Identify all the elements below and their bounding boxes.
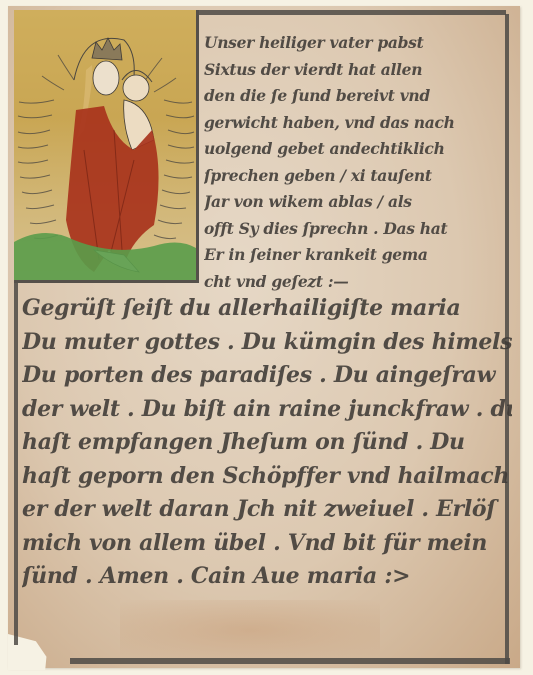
text-line: der welt . Du biſt ain raine junckfraw .… — [22, 393, 512, 427]
border-bottom — [70, 658, 510, 664]
ave-maria-prayer-text: Gegrüſt ſeiſt du allerhailigiſte maria D… — [22, 292, 512, 594]
virgin-and-child-icon — [14, 10, 196, 280]
text-line: er der welt daran Jch nit zweiuel . Erlö… — [22, 493, 512, 527]
text-line: Er in ſeiner krankeit gema — [204, 242, 504, 269]
text-line: haſt geporn den Schöpffer vnd hailmach — [22, 460, 512, 494]
text-line: ſünd . Amen . Cain Aue maria :> — [22, 560, 512, 594]
text-line: mich von allem übel . Vnd bit für mein — [22, 527, 512, 561]
text-line: gerwicht haben, vnd das nach — [204, 110, 504, 137]
text-line: offt Sy dies ſprechn . Das hat — [204, 216, 504, 243]
text-line: ſprechen geben / xi tauſent — [204, 163, 504, 190]
text-line: uolgend gebet andechtiklich — [204, 136, 504, 163]
text-line: Du muter gottes . Du kümgin des himels — [22, 326, 512, 360]
text-line: Du porten des paradiſes . Du aingeſraw — [22, 359, 512, 393]
text-line: Jar von wikem ablas / als — [204, 189, 504, 216]
text-line: Unser heiliger vater pabst — [204, 30, 504, 57]
text-line: den die ſe ſund bereivt vnd — [204, 83, 504, 110]
madonna-woodcut-illustration — [14, 10, 199, 283]
indulgence-rubric-text: Unser heiliger vater pabst Sixtus der vi… — [204, 30, 504, 295]
text-line: haſt empfangen Jheſum on ſünd . Du — [22, 426, 512, 460]
text-line: Sixtus der vierdt hat allen — [204, 57, 504, 84]
text-line: Gegrüſt ſeiſt du allerhailigiſte maria — [22, 292, 512, 326]
water-stain — [120, 600, 380, 660]
